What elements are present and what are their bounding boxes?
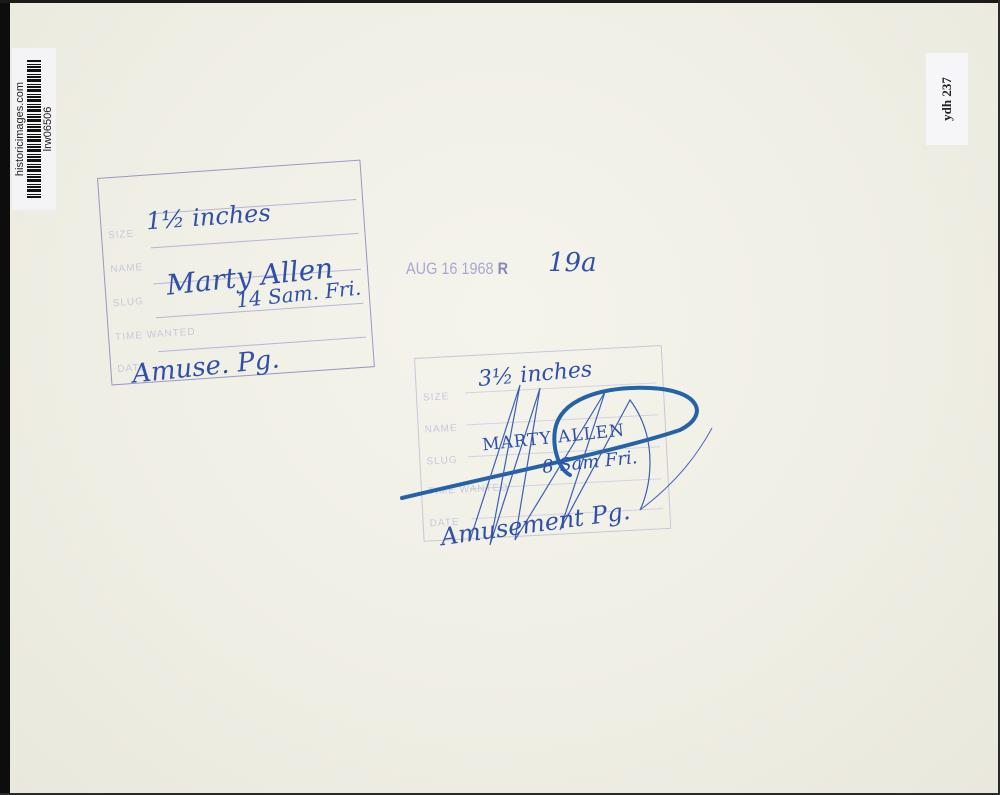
cross-out-scribble-icon bbox=[0, 0, 1000, 795]
